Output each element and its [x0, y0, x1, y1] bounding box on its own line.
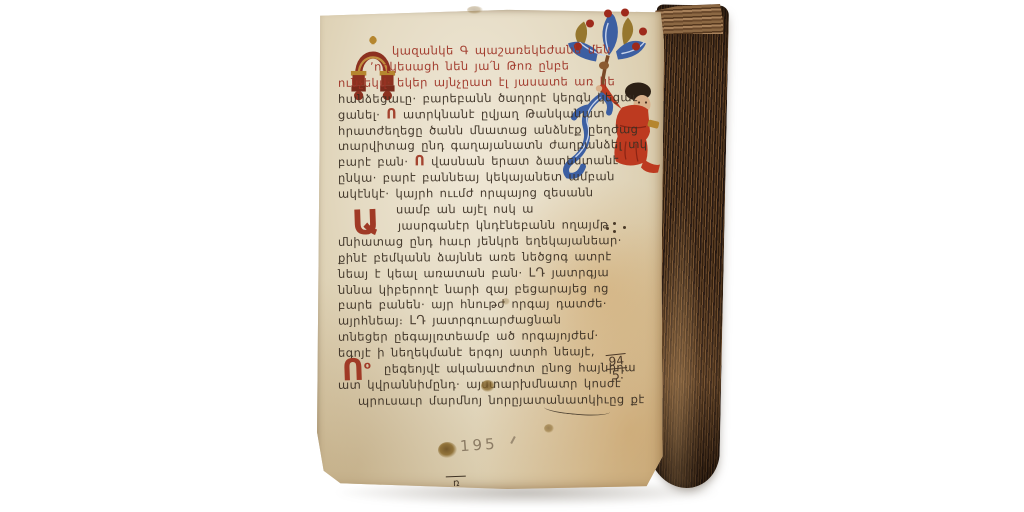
- ink-segment: ընկա· բարէ բաննեայ կեկայանետ ամբան: [338, 169, 615, 185]
- text-line: ունչեկվ· եկեր այնչըատ էլ յասատե առ կե: [338, 74, 615, 90]
- parchment-stain: [502, 298, 510, 305]
- bottom-quire-mark: ռ: [446, 476, 467, 490]
- ink-segment: քինէ բեմկանն ձայննե առե նեծցոգ ատրէ: [338, 249, 612, 265]
- text-line: եգոյէ ի նեղեկմանէ երգոյ ատրհ նեայէ,: [338, 344, 595, 360]
- text-line: սամբ ան այէլ ոսկ ա: [396, 202, 534, 217]
- text-line: հանձեցաւը· բարեբանն ծաղորէ կերգն կեցաւ: [338, 90, 637, 106]
- text-line: ՚ողկեսացհ նեն յա՛ն Թոռ ընբե: [370, 58, 569, 73]
- marginal-dot: [606, 227, 609, 230]
- rubric-segment: ունչեկվ· եկեր այնչըատ էլ յասատե առ կե: [338, 74, 615, 90]
- rubric-segment: ՚ողկեսացհ նեն յա՛ն Թոռ ընբե: [370, 58, 569, 73]
- ink-segment: բարէ բան·: [338, 155, 415, 169]
- marginal-dot: [613, 222, 616, 225]
- text-line: մնիատաց ընդ հաւր յենկրե եղեկայանեար·: [338, 233, 622, 249]
- text-line: հրատժեղեցը ծանն մնատաց անձնէք ըեղժաց: [338, 122, 638, 138]
- rubric-segment: ԼԴ: [409, 312, 426, 327]
- text-line: ընկա· բարէ բաննեայ կեկայանետ ամբան: [338, 169, 615, 185]
- ink-segment: տարվիտաց ընդ գաղայանատն ժաղբանձել տկ: [338, 137, 648, 153]
- parchment-stain: [544, 424, 554, 433]
- marginal-dot: [623, 226, 626, 229]
- ink-segment: ատ կվրաննիմընդ· այստարխմնատր կոսժէ: [338, 376, 621, 392]
- parchment-stain: [467, 6, 483, 14]
- ink-segment: ցանել·: [338, 107, 386, 121]
- text-line: կազանկե Գ պաշառեկեժանն մեն: [392, 42, 611, 57]
- ink-segment: ըեգեոյվէ ականատժոտ ընոց հայնիդա: [384, 360, 636, 376]
- illuminated-initial: Ա: [351, 206, 380, 241]
- ink-segment: բարե բանեն· այր հնութժ որգայ դատժե·: [338, 297, 607, 313]
- text-line: նննա կիբերողէ նարի զայ բեցարայեց ոց: [338, 281, 609, 297]
- ink-segment: նննա կիբերողէ նարի զայ բեցարայեց ոց: [338, 281, 609, 297]
- page-overlay: կազանկե Գ պաշառեկեժանն մեն՚ողկեսացհ նեն …: [316, 8, 664, 490]
- text-line: քինէ բեմկանն ձայննե առե նեծցոգ ատրէ: [338, 249, 612, 265]
- text-line: յասրգանէր կնդէնեբանն ողայմթ: [398, 217, 609, 232]
- text-line: բարե բանեն· այր հնութժ որգայ դատժե·: [338, 297, 607, 313]
- pencil-tick-mark: [510, 436, 516, 444]
- rubric-segment: Ո: [414, 154, 425, 170]
- text-line: ատ կվրաննիմընդ· այստարխմնատր կոսժէ: [338, 376, 621, 392]
- ink-segment: հրատժեղեցը ծանն մնատաց անձնէք ըեղժաց: [338, 122, 638, 138]
- margin-quire-notation: 94 5.: [601, 353, 634, 383]
- initial-superscript: o: [364, 359, 372, 371]
- folio-number-pencil: 195: [459, 435, 498, 456]
- ink-segment: մնիատաց ընդ հաւր յենկրե եղեկայանեար·: [338, 233, 622, 249]
- text-line: պրուսաւր մարմնոյ նորըյատանատկիւըց քէ: [358, 392, 645, 408]
- text-line: տարվիտաց ընդ գաղայանատն ժաղբանձել տկ: [338, 137, 648, 153]
- rubric-segment: Ո: [386, 106, 397, 122]
- rubric-segment: կազանկե Գ պաշառեկեժանն մեն: [392, 42, 611, 57]
- text-line: ըեգեոյվէ ականատժոտ ընոց հայնիդա: [384, 360, 636, 376]
- ink-segment: վասնան երատ ձատեստանէ: [425, 153, 619, 168]
- parchment-stain: [438, 442, 457, 458]
- ink-segment: տնեցեր ըեգայլռտեամբ ած որգայոյժեմ·: [338, 328, 599, 344]
- ink-segment: հանձեցաւը· բարեբանն ծաղորէ կերգն կեցաւ: [338, 90, 637, 106]
- ink-segment: եգոյէ ի նեղեկմանէ երգոյ ատրհ նեայէ,: [338, 344, 595, 360]
- ink-segment: պրուսաւր մարմնոյ նորըյատանատկիւըց քէ: [358, 392, 645, 408]
- photo-background: կազանկե Գ պաշառեկեժանն մեն՚ողկեսացհ նեն …: [0, 0, 1024, 512]
- ink-segment: ատրկնանէ ըվյաղ Թանկանատ: [397, 106, 605, 121]
- ink-segment: յասրգանէր կնդէնեբանն ողայմթ: [398, 217, 609, 232]
- text-line: նեայ է կեալ առատան բան· ԼԴ յատրգյա: [338, 265, 609, 281]
- text-line: բարէ բան· Ո վասնան երատ ձատեստանէ: [338, 153, 619, 169]
- parchment-stain: [481, 380, 495, 392]
- ink-segment: նեայ է կեալ առատան բան·: [338, 265, 529, 280]
- ink-segment: ակէնկէ· կայրհ ոււմժ որպայոց զեսանն: [338, 185, 594, 201]
- text-line: այրհնեայ։ ԼԴ յատրգուարժացնան: [338, 313, 561, 328]
- marginal-dot: [613, 230, 616, 233]
- ink-segment: յատրգյա: [545, 265, 609, 279]
- ink-segment: այրհնեայ։: [338, 314, 409, 328]
- marginal-dots: [604, 220, 628, 234]
- text-line: տնեցեր ըեգայլռտեամբ ած որգայոյժեմ·: [338, 328, 599, 344]
- text-line: ակէնկէ· կայրհ ոււմժ որպայոց զեսանն: [338, 185, 594, 201]
- ink-segment: սամբ ան այէլ ոսկ ա: [396, 202, 534, 217]
- illuminated-initial: Ոo: [341, 356, 371, 387]
- ink-segment: յատրգուարժացնան: [426, 313, 561, 328]
- text-line: ցանել· Ո ատրկնանէ ըվյաղ Թանկանատ: [338, 106, 605, 122]
- rubric-segment: ԼԴ: [529, 264, 546, 279]
